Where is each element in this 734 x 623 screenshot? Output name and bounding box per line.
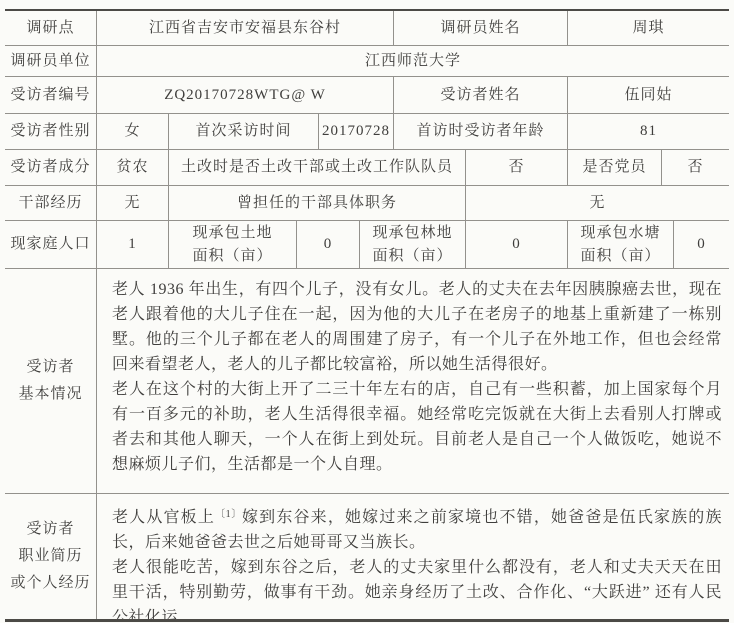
- land-reform-cadre-value: 否: [466, 150, 568, 185]
- basic-info-label-line2: 基本情况: [18, 381, 82, 408]
- survey-site-label: 调研点: [5, 11, 97, 45]
- cadre-position-value: 无: [466, 186, 729, 220]
- table-row-respondent-id: 受访者编号 ZQ20170728WTG@ W 受访者姓名 伍同姑: [5, 77, 729, 114]
- career-history-label-line2: 职业简历: [18, 543, 82, 570]
- contracted-forest-label-line2: 面积（亩）: [372, 245, 452, 268]
- contracted-pond-label-line2: 面积（亩）: [580, 245, 660, 268]
- career-history-label-line1: 受访者: [26, 516, 74, 543]
- career-history-paragraph-2: 老人很能吃苦，嫁到东谷之后，老人的丈夫家里什么都没有，老人和丈夫天天在田里干活，…: [112, 555, 722, 619]
- contracted-pond-value: 0: [674, 221, 729, 268]
- interview-record-table: 调研点 江西省吉安市安福县东谷村 调研员姓名 周琪 调研员单位 江西师范大学 受…: [5, 9, 729, 622]
- cadre-history-value: 无: [97, 186, 169, 220]
- contracted-pond-label: 现承包水塘 面积（亩）: [568, 221, 674, 268]
- basic-info-paragraph-2: 老人在这个村的大街上开了二三十年左右的店，自己有一些积蓄，加上国家每个月有一百多…: [112, 377, 722, 477]
- basic-info-label-line1: 受访者: [26, 354, 74, 381]
- surveyor-name-value: 周琪: [568, 11, 729, 45]
- table-row-class-status: 受访者成分 贫农 土改时是否土改干部或土改工作队队员 否 是否党员 否: [5, 150, 729, 186]
- basic-info-paragraph-1: 老人 1936 年出生，有四个儿子，没有女儿。老人的丈夫在去年因胰腺癌去世，现在…: [112, 277, 722, 377]
- career-history-label: 受访者 职业简历 或个人经历: [5, 494, 97, 619]
- table-row-basic-info: 受访者 基本情况 老人 1936 年出生，有四个儿子，没有女儿。老人的丈夫在去年…: [5, 269, 729, 494]
- career-history-paragraph-1: 老人从官板上〔1〕嫁到东谷来，她嫁过来之前家境也不错，她爸爸是伍氏家族的族长，后…: [112, 505, 722, 555]
- first-interview-date-value: 20170728: [319, 114, 394, 149]
- respondent-name-label: 受访者姓名: [394, 77, 568, 113]
- contracted-forest-label-line1: 现承包林地: [372, 222, 452, 245]
- surveyor-unit-label: 调研员单位: [5, 46, 97, 76]
- cadre-position-label: 曾担任的干部具体职务: [169, 186, 466, 220]
- contracted-farmland-value: 0: [297, 221, 360, 268]
- respondent-id-label: 受访者编号: [5, 77, 97, 113]
- class-status-value: 贫农: [97, 150, 169, 185]
- respondent-gender-value: 女: [97, 114, 169, 149]
- party-member-value: 否: [662, 150, 729, 185]
- respondent-id-value: ZQ20170728WTG@ W: [97, 77, 394, 113]
- table-row-surveyor-unit: 调研员单位 江西师范大学: [5, 46, 729, 77]
- contracted-farmland-label-line2: 面积（亩）: [192, 245, 272, 268]
- table-row-career-history: 受访者 职业简历 或个人经历 老人从官板上〔1〕嫁到东谷来，她嫁过来之前家境也不…: [5, 494, 729, 619]
- cadre-history-label: 干部经历: [5, 186, 97, 220]
- respondent-name-value: 伍同姑: [568, 77, 729, 113]
- contracted-pond-label-line1: 现承包水塘: [580, 222, 660, 245]
- career-history-text: 老人从官板上〔1〕嫁到东谷来，她嫁过来之前家境也不错，她爸爸是伍氏家族的族长，后…: [97, 494, 729, 619]
- survey-site-value: 江西省吉安市安福县东谷村: [97, 11, 394, 45]
- table-row-survey-site: 调研点 江西省吉安市安福县东谷村 调研员姓名 周琪: [5, 11, 729, 46]
- surveyor-unit-value: 江西师范大学: [97, 46, 729, 76]
- land-reform-cadre-label: 土改时是否土改干部或土改工作队队员: [169, 150, 466, 185]
- contracted-farmland-label: 现承包土地 面积（亩）: [169, 221, 297, 268]
- class-status-label: 受访者成分: [5, 150, 97, 185]
- contracted-forest-label: 现承包林地 面积（亩）: [360, 221, 466, 268]
- contracted-farmland-label-line1: 现承包土地: [192, 222, 272, 245]
- household-size-value: 1: [97, 221, 169, 268]
- respondent-age-label: 首访时受访者年龄: [394, 114, 568, 149]
- respondent-age-value: 81: [568, 114, 729, 149]
- party-member-label: 是否党员: [568, 150, 662, 185]
- surveyor-name-label: 调研员姓名: [394, 11, 568, 45]
- basic-info-text: 老人 1936 年出生，有四个儿子，没有女儿。老人的丈夫在去年因胰腺癌去世，现在…: [97, 269, 729, 493]
- contracted-forest-value: 0: [466, 221, 568, 268]
- table-row-household: 现家庭人口 1 现承包土地 面积（亩） 0 现承包林地 面积（亩） 0 现承包水…: [5, 221, 729, 269]
- table-row-cadre-history: 干部经历 无 曾担任的干部具体职务 无: [5, 186, 729, 221]
- first-interview-date-label: 首次采访时间: [169, 114, 319, 149]
- career-history-label-line3: 或个人经历: [10, 570, 90, 597]
- household-size-label: 现家庭人口: [5, 221, 97, 268]
- basic-info-label: 受访者 基本情况: [5, 269, 97, 493]
- table-row-gender-interview: 受访者性别 女 首次采访时间 20170728 首访时受访者年龄 81: [5, 114, 729, 150]
- respondent-gender-label: 受访者性别: [5, 114, 97, 149]
- footnote-marker: 〔1〕: [215, 509, 242, 520]
